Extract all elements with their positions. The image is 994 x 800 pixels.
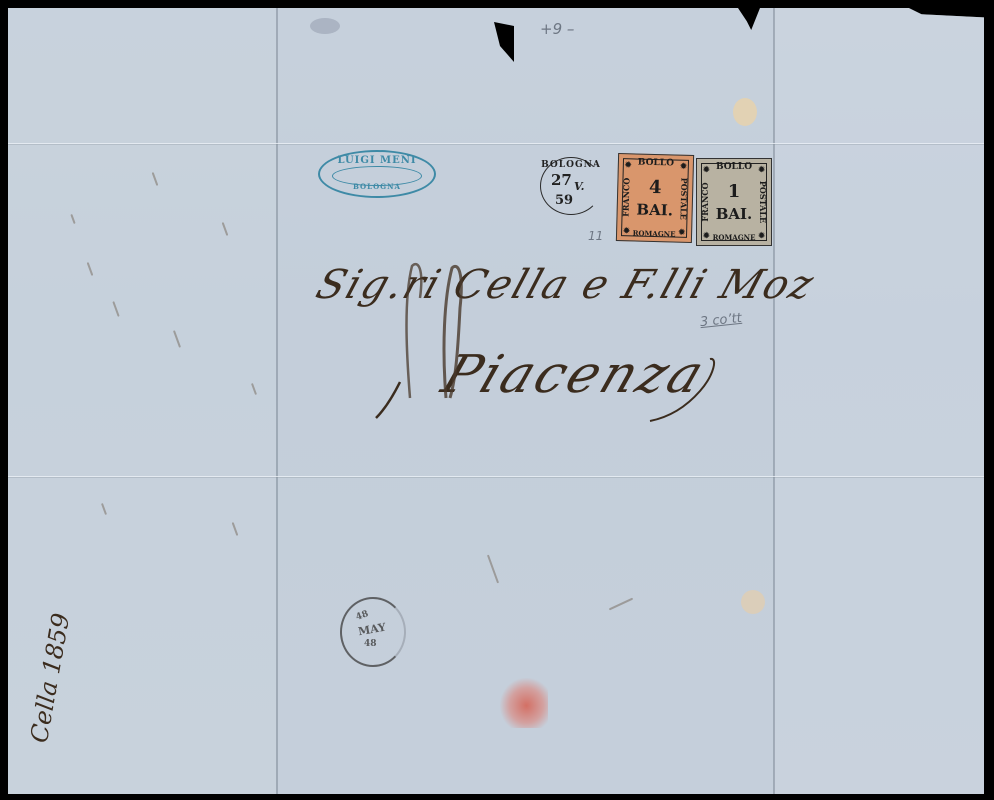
- arrival-line3: 48: [364, 639, 377, 649]
- wax-seal-remnant: [500, 678, 548, 728]
- stamp-bottom-text: ROMAGNE: [617, 228, 691, 239]
- arrival-line2: MAY: [357, 621, 387, 639]
- postmark-city: BOLOGNA: [541, 160, 601, 170]
- stamp-value: 1: [697, 181, 771, 202]
- cachet-name: LUIGI MENI: [320, 155, 434, 166]
- stamp-4-baiocchi: ✹ ✹ ✹ ✹ BOLLO FRANCO POSTALE 4 BAI. ROMA…: [616, 153, 694, 243]
- postmark-day: 27: [551, 171, 572, 189]
- script-flourish: [640, 355, 720, 425]
- postmark-year: 59: [555, 193, 573, 208]
- vertical-fold-right: [773, 8, 775, 794]
- sender-cachet: LUIGI MENI BOLOGNA: [318, 150, 436, 198]
- stamp-value: 4: [618, 176, 693, 199]
- script-flourish: [370, 380, 410, 420]
- arrival-postmark: 48 MAY 48: [340, 597, 406, 667]
- vertical-fold-left: [276, 8, 278, 794]
- stamp-unit: BAI.: [697, 205, 771, 223]
- horizontal-fold-middle: [8, 476, 984, 477]
- stain: [733, 98, 757, 126]
- stain: [741, 590, 765, 614]
- horizontal-fold-top: [8, 143, 984, 144]
- postmark-month: V.: [574, 180, 584, 193]
- stamp-bottom-text: ROMAGNE: [697, 233, 771, 242]
- right-panel: [774, 8, 984, 794]
- stamp-unit: BAI.: [617, 200, 691, 220]
- pencil-note-near-stamps: 11: [588, 229, 603, 243]
- stamp-top-text: BOLLO: [697, 162, 771, 172]
- stamp-1-baiocco: ✹ ✹ ✹ ✹ BOLLO FRANCO POSTALE 1 BAI. ROMA…: [696, 158, 772, 246]
- pencil-note-top: +9 –: [540, 20, 574, 38]
- arrival-line1: 48: [355, 609, 370, 623]
- date-postmark: BOLOGNA 27 V. 59: [540, 157, 602, 215]
- stain: [310, 18, 340, 34]
- address-addressee: Sig.ri Cella e F.lli Moz: [311, 262, 821, 308]
- cachet-city: BOLOGNA: [320, 182, 434, 191]
